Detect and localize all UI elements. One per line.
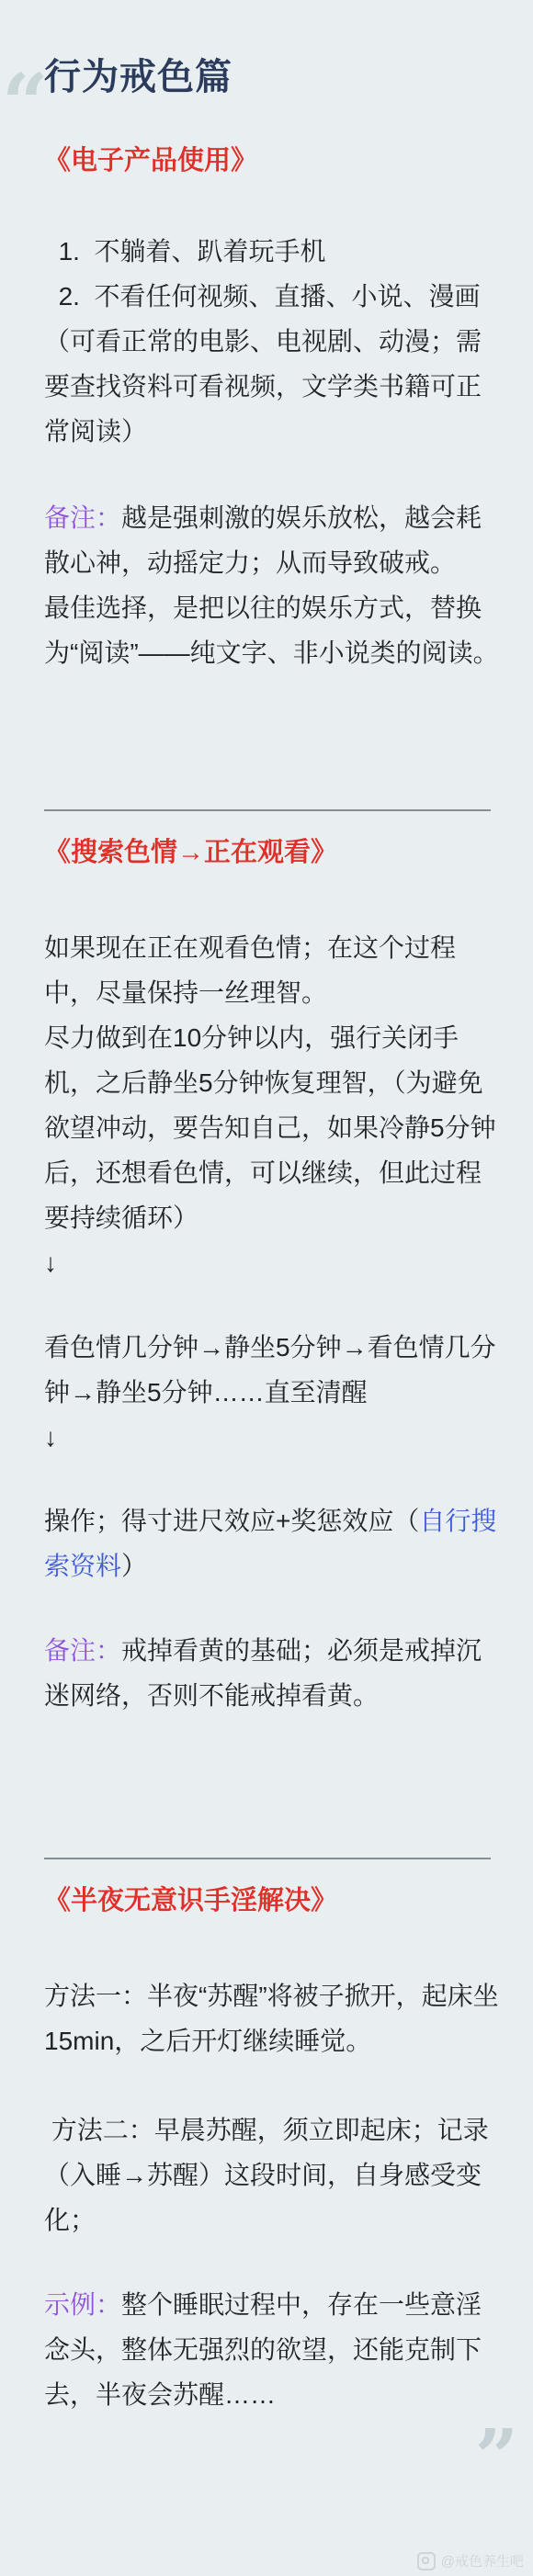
note-label: 备注： <box>44 1636 121 1665</box>
night-method1-paragraph: 方法一：半夜“苏醒”将被子掀开，起床坐 15min，之后开灯继续睡觉。 <box>44 1973 507 2063</box>
watching-operation-paragraph: 操作；得寸进尺效应+奖惩效应（自行搜 索资料） <box>44 1498 507 1588</box>
night-example-paragraph: 示例：整个睡眠过程中，存在一些意淫 念头，整体无强烈的欲望，还能克制下 去，半夜… <box>44 2282 507 2417</box>
watermark-logo-icon <box>417 2552 436 2570</box>
section-divider <box>44 1858 491 1859</box>
watching-note: 备注：戒掉看黄的基础；必须是戒掉沉 迷网络，否则不能戒掉看黄。 <box>44 1628 507 1718</box>
electronics-rules-list: 1. 不躺着、趴着玩手机 2. 不看任何视频、直播、小说、漫画 （可看正常的电影… <box>44 229 507 454</box>
section-heading-night: 《半夜无意识手淫解决》 <box>44 1885 507 1916</box>
close-quote-icon: ” <box>475 2420 518 2495</box>
section-heading-electronics: 《电子产品使用》 <box>44 145 507 176</box>
section-heading-watching: 《搜索色情→正在观看》 <box>44 837 507 868</box>
night-method2-paragraph: 方法二：早晨苏醒，须立即起床；记录 （入睡→苏醒）这段时间，自身感受变 化； <box>44 2107 507 2243</box>
watching-loop-paragraph: 看色情几分钟→静坐5分钟→看色情几分 钟→静坐5分钟……直至清醒 ↓ <box>44 1325 507 1460</box>
operation-text: 操作；得寸进尺效应+奖惩效应（ <box>44 1507 419 1535</box>
operation-text-suffix: ） <box>121 1552 147 1580</box>
watermark-text: @戒色养生吧 <box>441 2551 524 2570</box>
watching-keep-calm-paragraph: 如果现在正在观看色情；在这个过程 中，尽量保持一丝理智。 尽力做到在10分钟以内… <box>44 925 507 1285</box>
example-label: 示例： <box>44 2290 121 2319</box>
note-label: 备注： <box>44 503 121 532</box>
article-body: 行为戒色篇 《电子产品使用》 1. 不躺着、趴着玩手机 2. 不看任何视频、直播… <box>0 53 533 2417</box>
electronics-note: 备注：越是强刺激的娱乐放松，越会耗 散心神，动摇定力；从而导致破戒。 最佳选择，… <box>44 495 507 675</box>
watermark: @戒色养生吧 <box>417 2551 524 2570</box>
page-title: 行为戒色篇 <box>44 53 507 101</box>
section-divider <box>44 809 491 811</box>
